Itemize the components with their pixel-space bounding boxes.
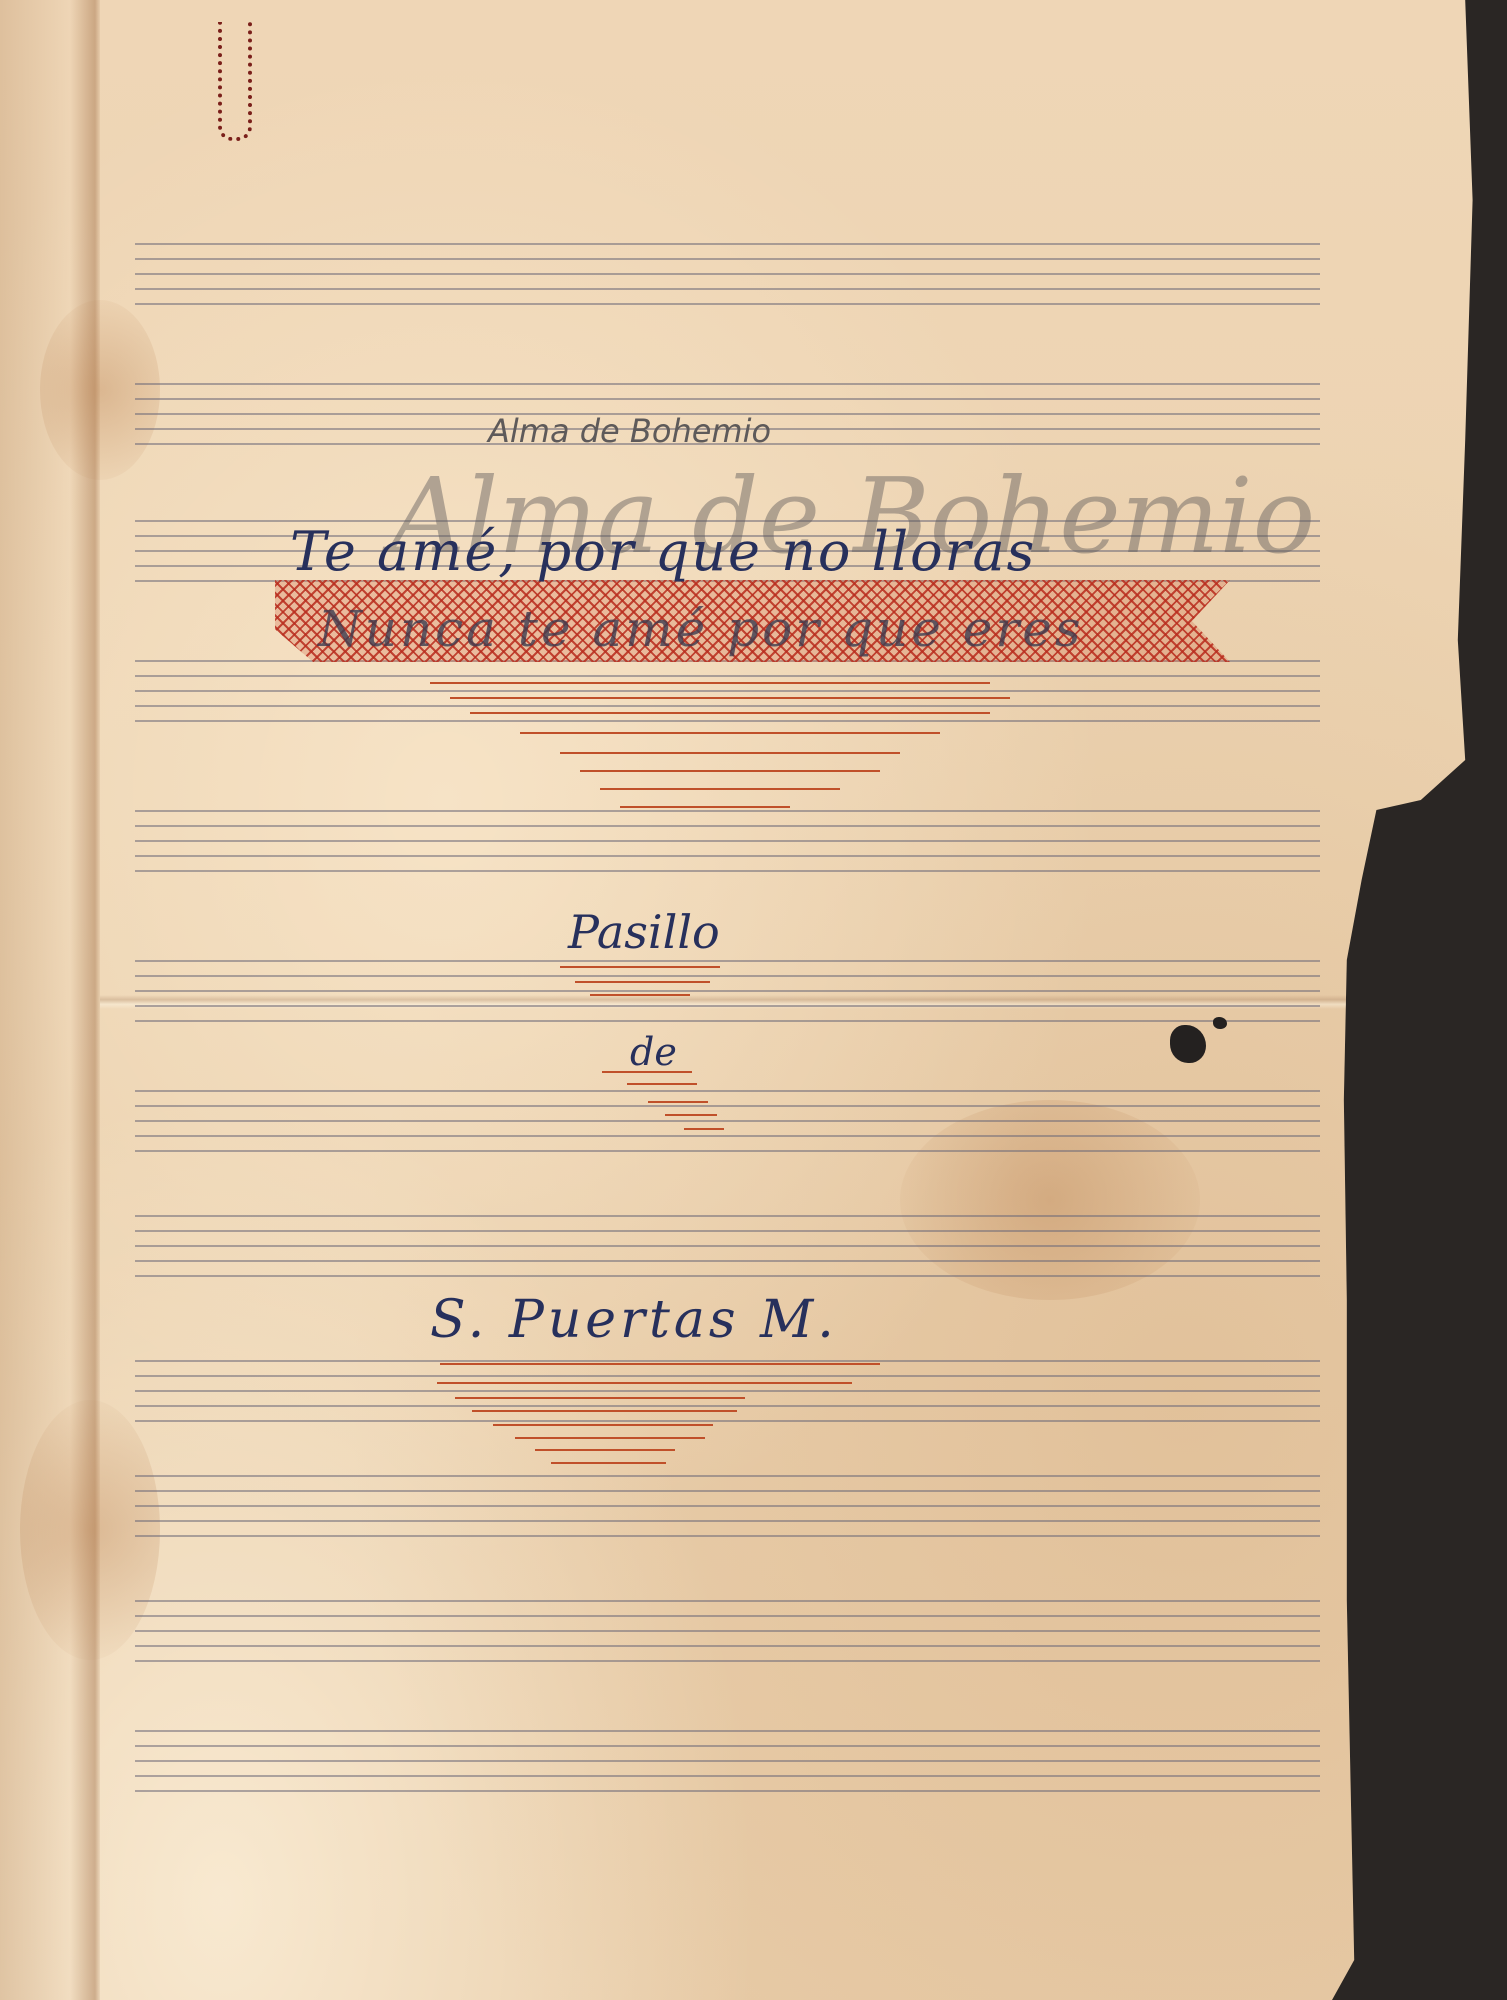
staff-line xyxy=(135,1245,1320,1247)
staff-line xyxy=(135,1730,1320,1732)
staff-line xyxy=(135,675,1320,677)
staff-line xyxy=(135,1420,1320,1422)
staff-line xyxy=(135,960,1320,962)
staff-line xyxy=(135,1630,1320,1632)
staff-line xyxy=(135,1090,1320,1092)
staff-line xyxy=(135,810,1320,812)
composer-name: S. Puertas M. xyxy=(430,1290,838,1350)
staff-line xyxy=(135,1615,1320,1617)
staff-line xyxy=(135,1135,1320,1137)
staff-line xyxy=(135,975,1320,977)
staff-line xyxy=(135,1660,1320,1662)
staff-line xyxy=(135,690,1320,692)
staff-line xyxy=(135,1475,1320,1477)
staff-line xyxy=(135,870,1320,872)
staff-line xyxy=(135,1105,1320,1107)
staff xyxy=(135,1090,1320,1152)
staff-line xyxy=(135,705,1320,707)
by-label: de xyxy=(630,1030,677,1074)
staff-line xyxy=(135,258,1320,260)
staff-line xyxy=(135,1150,1320,1152)
staff-line xyxy=(135,1600,1320,1602)
staff-line xyxy=(135,855,1320,857)
staff-line xyxy=(135,825,1320,827)
staff xyxy=(135,1215,1320,1277)
paper-hole xyxy=(1170,1025,1206,1063)
staff-line xyxy=(135,1230,1320,1232)
paper-tear xyxy=(1410,1060,1470,1260)
paper-hole xyxy=(1213,1017,1227,1029)
staff-line xyxy=(135,1360,1320,1362)
staff xyxy=(135,1600,1320,1662)
staff-line xyxy=(135,1375,1320,1377)
title-line-1: Te amé, por que no lloras xyxy=(290,520,1036,583)
staff-line xyxy=(135,1760,1320,1762)
staff-line xyxy=(135,990,1320,992)
staff xyxy=(135,960,1320,1022)
staff-line xyxy=(135,303,1320,305)
paperclip-mark-icon xyxy=(218,22,252,141)
staff-line xyxy=(135,288,1320,290)
staff-line xyxy=(135,1260,1320,1262)
staff-line xyxy=(135,840,1320,842)
staff-line xyxy=(135,1775,1320,1777)
staff-line xyxy=(135,1535,1320,1537)
staff-line xyxy=(135,1790,1320,1792)
staff xyxy=(135,810,1320,872)
staff-line xyxy=(135,1520,1320,1522)
staff-line xyxy=(135,1215,1320,1217)
staff-line xyxy=(135,1645,1320,1647)
staff xyxy=(135,1360,1320,1422)
genre-label: Pasillo xyxy=(568,905,720,959)
staff xyxy=(135,1475,1320,1537)
staff-line xyxy=(135,243,1320,245)
staff-line xyxy=(135,383,1320,385)
staff-line xyxy=(135,1405,1320,1407)
pencil-annotation-title: Alma de Bohemio xyxy=(488,412,771,450)
staff xyxy=(135,243,1320,305)
staff-line xyxy=(135,1005,1320,1007)
staff-line xyxy=(135,1120,1320,1122)
staff-line xyxy=(135,1505,1320,1507)
staff-line xyxy=(135,1390,1320,1392)
staff-line xyxy=(135,720,1320,722)
staff-line xyxy=(135,1275,1320,1277)
staff-line xyxy=(135,1490,1320,1492)
paper-hole xyxy=(1350,1048,1390,1070)
staff-line xyxy=(135,398,1320,400)
manuscript-page: Alma de Bohemio Alma de Bohemio Te amé, … xyxy=(0,0,1480,2000)
left-spine-strip xyxy=(0,0,100,2000)
title-line-2: Nunca te amé por que eres xyxy=(318,600,1083,658)
staff-line xyxy=(135,1745,1320,1747)
staff-line xyxy=(135,273,1320,275)
staff xyxy=(135,1730,1320,1792)
staff-line xyxy=(135,1020,1320,1022)
